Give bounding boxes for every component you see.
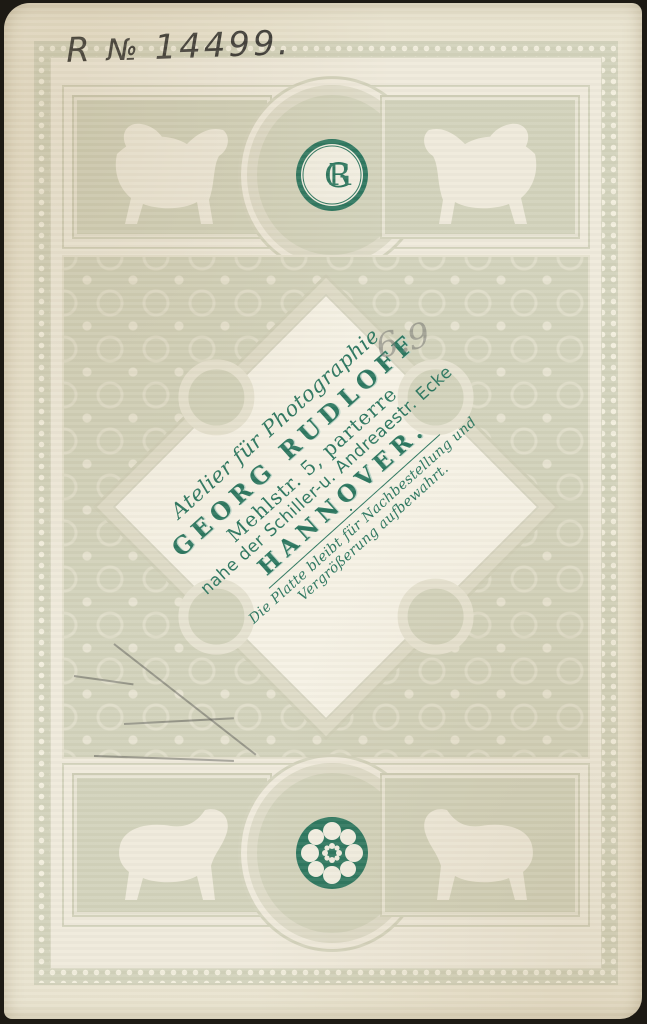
griffin-panel-right	[382, 97, 578, 237]
bottom-ornament-panel	[62, 763, 590, 927]
monogram-icon: G R	[294, 137, 370, 213]
number-value: 14499.	[154, 23, 292, 68]
lion-panel-right	[382, 775, 578, 915]
number-prefix: R	[65, 30, 93, 71]
griffin-icon	[405, 114, 555, 234]
griffin-icon	[97, 114, 247, 234]
handwritten-inventory-number: R № 14499.	[65, 23, 292, 71]
svg-text:R: R	[328, 158, 352, 193]
top-ornament-panel: G R	[62, 85, 590, 249]
photo-card-back: G R	[4, 3, 642, 1019]
number-symbol: №	[106, 32, 141, 68]
winged-lion-icon	[405, 792, 555, 912]
rosette-icon	[294, 815, 370, 891]
winged-lion-icon	[97, 792, 247, 912]
